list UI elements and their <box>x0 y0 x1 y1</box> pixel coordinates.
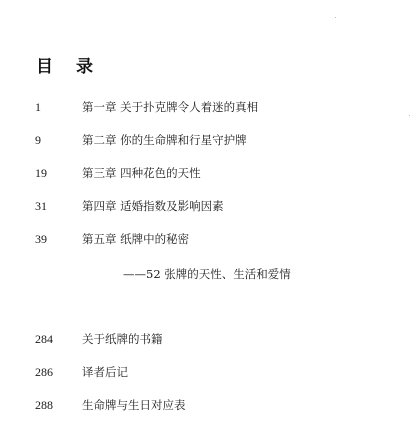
page-number: 286 <box>35 364 53 380</box>
title-char-1: 目 <box>36 52 53 77</box>
entry-label: 第五章 纸牌中的秘密 <box>82 231 189 247</box>
chapter-5-subtitle: ——52 张牌的天性、生活和爱情 <box>123 266 291 282</box>
page-number: 1 <box>35 99 41 115</box>
title-char-2: 录 <box>76 52 93 77</box>
entry-label: 译者后记 <box>82 364 128 380</box>
entry-label: 第一章 关于扑克牌令人着迷的真相 <box>82 99 258 115</box>
entry-label: 第二章 你的生命牌和行星守护牌 <box>82 132 247 148</box>
entry-label: 关于纸牌的书籍 <box>82 331 163 347</box>
page-number: 9 <box>35 132 41 148</box>
page-number: 39 <box>35 231 47 247</box>
page-number: 284 <box>35 331 53 347</box>
entry-label: 第四章 适婚指数及影响因素 <box>82 198 224 214</box>
scan-speck <box>335 17 336 18</box>
page-number: 288 <box>35 397 53 413</box>
entry-label: 生命牌与生日对应表 <box>82 397 186 413</box>
entry-label: 第三章 四种花色的天性 <box>82 165 201 181</box>
page-number: 19 <box>35 165 47 181</box>
page-number: 31 <box>35 198 47 214</box>
